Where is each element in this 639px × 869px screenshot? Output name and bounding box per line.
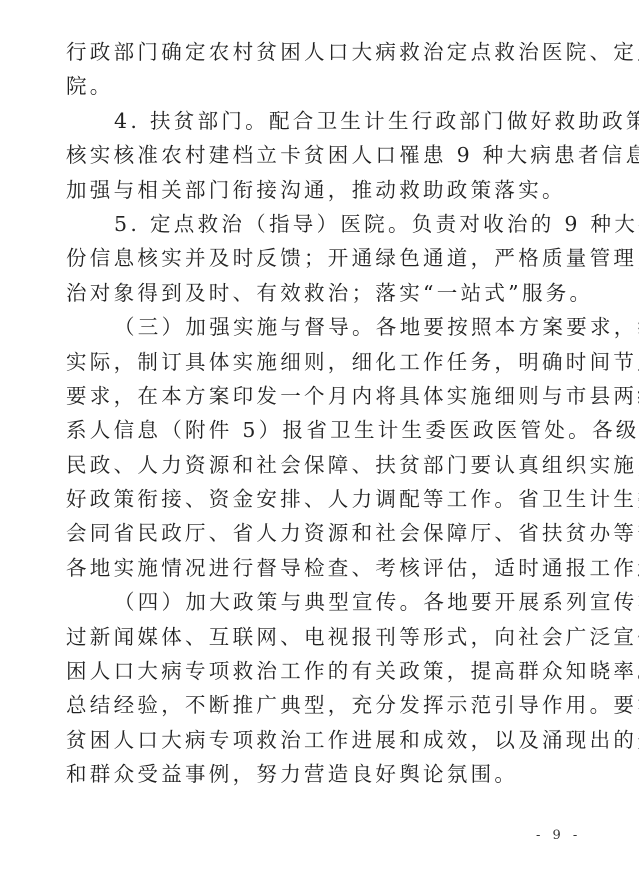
paragraph-5-designated-hospital: 5. 定点救治（指导）医院。负责对收治的 9 种大病患者身 xyxy=(66,207,594,241)
text-line: 院。 xyxy=(66,69,594,103)
text-line: 份信息核实并及时反馈；开通绿色通道，严格质量管理，保障救 xyxy=(66,241,594,275)
text-line: 好政策衔接、资金安排、人力调配等工作。省卫生计生委将定期 xyxy=(66,482,594,516)
text-line: 实际，制订具体实施细则，细化工作任务，明确时间节点和工作 xyxy=(66,345,594,379)
page-number: - 9 - xyxy=(536,828,581,843)
text-line: 贫困人口大病专项救治工作进展和成效，以及涌现出的先进事迹 xyxy=(66,723,594,757)
text-line: 加强与相关部门衔接沟通，推动救助政策落实。 xyxy=(66,173,594,207)
text-line: 困人口大病专项救治工作的有关政策，提高群众知晓率。要及时 xyxy=(66,654,594,688)
text-line: 总结经验，不断推广典型，充分发挥示范引导作用。要注重宣传 xyxy=(66,688,594,722)
document-body: 行政部门确定农村贫困人口大病救治定点救治医院、定点指导医 院。 4. 扶贫部门。… xyxy=(66,35,594,792)
text-line: 各地实施情况进行督导检查、考核评估，适时通报工作进展情况。 xyxy=(66,551,594,585)
text-line: 和群众受益事例，努力营造良好舆论氛围。 xyxy=(66,757,594,791)
text-line: 民政、人力资源和社会保障、扶贫部门要认真组织实施，统筹做 xyxy=(66,448,594,482)
text-line: 核实核准农村建档立卡贫困人口罹患 9 种大病患者信息等工作； xyxy=(66,138,594,172)
text-line: 过新闻媒体、互联网、电视报刊等形式，向社会广泛宣传农村贫 xyxy=(66,620,594,654)
paragraph-4-poverty-dept: 4. 扶贫部门。配合卫生计生行政部门做好救助政策制定、 xyxy=(66,104,594,138)
text-line: 治对象得到及时、有效救治；落实“一站式”服务。 xyxy=(66,276,594,310)
text-line: 要求，在本方案印发一个月内将具体实施细则与市县两级专职联 xyxy=(66,379,594,413)
section-3-implementation-supervision: （三）加强实施与督导。各地要按照本方案要求，结合地区 xyxy=(66,310,594,344)
text-line: 系人信息（附件 5）报省卫生计生委医政医管处。各级卫生计生、 xyxy=(66,413,594,447)
section-4-policy-publicity: （四）加大政策与典型宣传。各地要开展系列宣传活动，通 xyxy=(66,585,594,619)
text-line: 会同省民政厅、省人力资源和社会保障厅、省扶贫办等部门，对 xyxy=(66,516,594,550)
text-line: 行政部门确定农村贫困人口大病救治定点救治医院、定点指导医 xyxy=(66,35,594,69)
